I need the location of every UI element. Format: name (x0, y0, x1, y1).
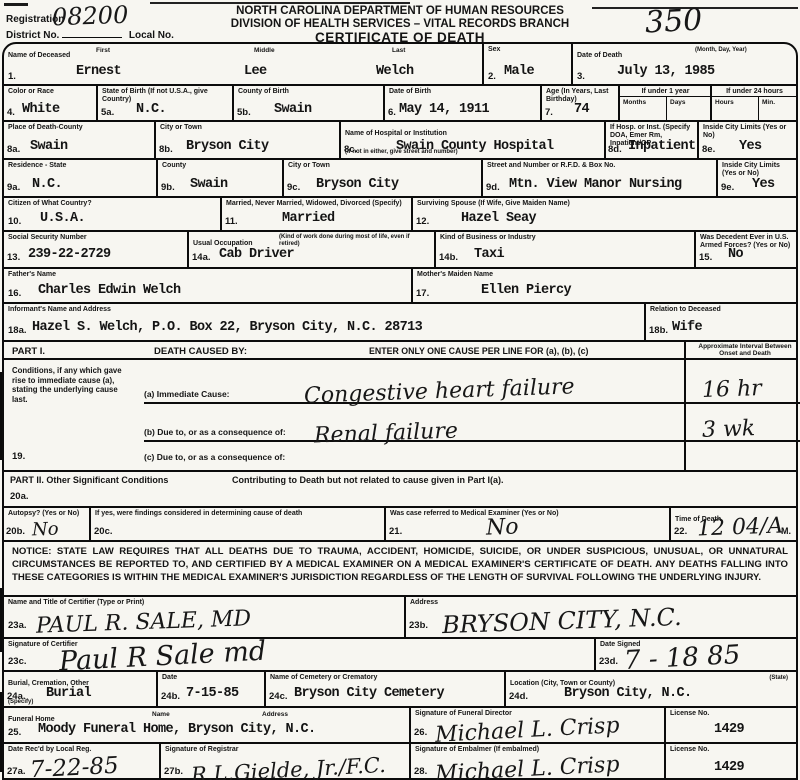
row-4: Residence - State 9a. N.C. County 9b. Sw… (4, 160, 796, 198)
cause-b-interval: 3 wk (702, 419, 756, 441)
item-number-23c: 23c. (8, 656, 27, 667)
cause-a-line: (a) Immediate Cause: Congestive heart fa… (144, 342, 800, 404)
value-business: Taxi (474, 248, 504, 262)
value-embalmer-signature: Michael L. Crisp (435, 755, 620, 780)
field-residence-street: Street and Number or R.F.D. & Box No. 9d… (481, 160, 716, 196)
field-medical-examiner-referred: Was case referred to Medical Examiner (Y… (384, 508, 669, 540)
row-2: Color or Race 4. White State of Birth (I… (4, 86, 796, 122)
item-number-18b: 18b. (649, 325, 668, 336)
value-sex: Male (504, 65, 534, 79)
label-date-received: Date Rec'd by Local Reg. (4, 744, 159, 754)
value-mother-name: Ellen Piercy (481, 284, 571, 298)
item-number-11: 11. (225, 216, 238, 227)
item-number-9c: 9c. (287, 182, 300, 193)
item-number-27b: 27b. (164, 766, 183, 777)
label-father-name: Father's Name (4, 269, 411, 279)
value-director-license: 1429 (714, 723, 744, 737)
item-number-18a: 18a. (8, 325, 27, 336)
item-number-13: 13. (7, 252, 20, 263)
value-residence-state: N.C. (32, 178, 62, 192)
item-number-27a: 27a. (7, 766, 26, 777)
row-certifier: Name and Title of Certifier (Type or Pri… (4, 597, 796, 639)
value-residence-county: Swain (190, 178, 228, 192)
value-relation: Wife (672, 321, 702, 335)
field-father-name: Father's Name 16. Charles Edwin Welch (4, 269, 411, 302)
item-number-20c: 20c. (94, 526, 113, 537)
item-number-22: 22. (674, 526, 687, 537)
item-number-24b: 24b. (161, 691, 180, 702)
value-certifier-name: PAUL R. SALE, MD (36, 609, 252, 636)
value-father-name: Charles Edwin Welch (38, 284, 181, 298)
label-medical-examiner-referred: Was case referred to Medical Examiner (Y… (386, 508, 669, 518)
item-number-8e: 8e. (702, 144, 715, 155)
label-cemetery: Name of Cemetery or Crematory (266, 672, 504, 682)
item-number-5a: 5a. (101, 107, 114, 118)
value-embalmer-license: 1429 (714, 761, 744, 775)
label-registrar-signature: Signature of Registrar (161, 744, 409, 754)
item-number-28: 28. (414, 766, 427, 777)
item-number-20a: 20a. (10, 491, 29, 502)
sublabel-hours: Hours (715, 99, 734, 106)
field-disposition-date: Date 24b. 7-15-85 (156, 672, 264, 706)
value-state-of-birth: N.C. (136, 103, 166, 117)
label-armed-forces: Was Decedent Ever in U.S. Armed Forces? … (696, 232, 796, 250)
field-color-or-race: Color or Race 4. White (4, 86, 96, 120)
row-funeral-home: Funeral Home Name Address 25. Moody Fune… (4, 708, 796, 744)
certificate-form: Name of Deceased First Middle Last 1. Er… (2, 42, 798, 780)
label-inside-city-limits-9e: Inside City Limits (Yes or No) (718, 160, 796, 178)
value-date-of-death: July 13, 1985 (617, 65, 715, 79)
field-place-of-death-county: Place of Death-County 8a. Swain (4, 122, 154, 158)
item-number-2: 2. (488, 71, 496, 82)
field-findings-considered: If yes, were findings considered in dete… (89, 508, 384, 540)
cause-b-value: Renal failure (314, 422, 459, 447)
field-date-signed: Date Signed 23d. 7 - 18 85 (594, 639, 796, 670)
value-last-name: Welch (376, 65, 414, 79)
item-number-26: 26. (414, 727, 427, 738)
part1-section: PART I. DEATH CAUSED BY: ENTER ONLY ONE … (4, 342, 796, 472)
item-number-23b: 23b. (409, 620, 428, 631)
label-if-under-24-hours: If under 24 hours (712, 86, 796, 96)
field-surviving-spouse: Surviving Spouse (If Wife, Give Maiden N… (411, 198, 796, 230)
row-6: Social Security Number 13. 239-22-2729 U… (4, 232, 796, 269)
label-inside-city-limits-8e: Inside City Limits (Yes or No) (699, 122, 796, 140)
label-embalmer-license: License No. (666, 744, 796, 754)
cause-a-label: (a) Immediate Cause: (144, 389, 230, 399)
label-mother-name: Mother's Maiden Name (413, 269, 796, 279)
label-residence-street: Street and Number or R.F.D. & Box No. (483, 160, 716, 170)
label-place-of-death-county: Place of Death-County (4, 122, 154, 132)
value-date-of-birth: May 14, 1911 (399, 103, 489, 117)
item-number-14b: 14b. (439, 252, 458, 263)
sublabel-first: First (96, 47, 110, 54)
row-certifier-signature: Signature of Certifier 23c. Paul R Sale … (4, 639, 796, 672)
field-registrar-signature: Signature of Registrar 27b. R.L.Gielde, … (159, 744, 409, 780)
value-place-of-death-city: Bryson City (186, 140, 269, 154)
sublabel-months: Months (623, 99, 646, 106)
value-certifier-address: BRYSON CITY, N.C. (442, 607, 682, 637)
field-hospital: Name of Hospital or Institution (If not … (339, 122, 604, 158)
value-residence-street: Mtn. View Manor Nursing (509, 178, 682, 192)
field-residence-state: Residence - State 9a. N.C. (4, 160, 156, 196)
value-certifier-signature: Paul R Sale md (59, 639, 267, 674)
sublabel-last: Last (392, 47, 405, 54)
label-name-of-deceased: Name of Deceased (4, 50, 73, 60)
value-cemetery: Bryson City Cemetery (294, 687, 444, 701)
item-number-14a: 14a. (192, 252, 211, 263)
item-number-7: 7. (545, 107, 553, 118)
row-1: Name of Deceased First Middle Last 1. Er… (4, 44, 796, 86)
district-no-label: District No. (6, 30, 59, 41)
item-number-15: 15. (699, 252, 712, 263)
item-number-24a: 24a. (7, 691, 26, 702)
sublabel-middle: Middle (254, 47, 275, 54)
value-hospital: Swain County Hospital (396, 140, 554, 154)
value-inside-city-limits-8e: Yes (739, 140, 762, 154)
conditions-note: Conditions, if any which gave rise to im… (12, 366, 134, 405)
value-hospital-status: Inpatient (628, 140, 696, 154)
cause-b-line: (b) Due to, or as a consequence of: Rena… (144, 402, 800, 442)
field-disposition-location: Location (City, Town or County) (State) … (504, 672, 796, 706)
field-mother-name: Mother's Maiden Name 17. Ellen Piercy (411, 269, 796, 302)
item-number-8c: 8c. (344, 144, 357, 155)
label-marital-status: Married, Never Married, Widowed, Divorce… (222, 198, 411, 208)
field-informant: Informant's Name and Address 18a. Hazel … (4, 304, 644, 340)
local-no-label: Local No. (129, 30, 174, 41)
value-informant: Hazel S. Welch, P.O. Box 22, Bryson City… (32, 321, 422, 335)
field-relation: Relation to Deceased 18b. Wife (644, 304, 796, 340)
item-number-23a: 23a. (8, 620, 27, 631)
value-inside-city-limits-9e: Yes (752, 178, 775, 192)
field-county-of-birth: County of Birth 5b. Swain (232, 86, 383, 120)
item-number-8b: 8b. (159, 144, 173, 155)
value-disposition-location: Bryson City, N.C. (564, 687, 692, 701)
row-3: Place of Death-County 8a. Swain City or … (4, 122, 796, 160)
label-sex: Sex (484, 44, 571, 54)
note-date-of-death: (Month, Day, Year) (695, 47, 747, 54)
item-number-4: 4. (7, 107, 15, 118)
field-citizen: Citizen of What Country? 10. U.S.A. (4, 198, 220, 230)
field-certifier-name: Name and Title of Certifier (Type or Pri… (4, 597, 404, 637)
row-7: Father's Name 16. Charles Edwin Welch Mo… (4, 269, 796, 304)
scan-artifact-mark (4, 3, 28, 6)
field-hospital-status: If Hosp. or Inst. (Specify DOA, Emer Rm,… (604, 122, 697, 158)
field-certifier-signature: Signature of Certifier 23c. Paul R Sale … (4, 639, 594, 670)
item-number-9d: 9d. (486, 182, 500, 193)
value-time-of-death: 12 04/A (697, 517, 784, 540)
label-county-of-birth: County of Birth (234, 86, 383, 96)
label-color-or-race: Color or Race (4, 86, 96, 96)
item-number-16: 16. (8, 288, 21, 299)
label-business: Kind of Business or Industry (436, 232, 694, 242)
field-date-received: Date Rec'd by Local Reg. 27a. 7-22-85 (4, 744, 159, 780)
item-number-24d: 24d. (509, 691, 528, 702)
field-certifier-address: Address 23b. BRYSON CITY, N.C. (404, 597, 796, 637)
item-number-23d: 23d. (599, 656, 618, 667)
part1-title: PART I. (12, 346, 45, 357)
value-funeral-home: Moody Funeral Home, Bryson City, N.C. (38, 723, 316, 737)
item-number-9a: 9a. (7, 182, 20, 193)
label-findings-considered: If yes, were findings considered in dete… (91, 508, 384, 518)
label-informant: Informant's Name and Address (4, 304, 644, 314)
field-date-of-birth: Date of Birth 6. May 14, 1911 (383, 86, 540, 120)
field-age: Age (In Years, Last Birthday) 7. 74 (540, 86, 618, 120)
field-residence-city: City or Town 9c. Bryson City (282, 160, 481, 196)
value-county-of-birth: Swain (274, 103, 312, 117)
item-number-5b: 5b. (237, 107, 251, 118)
field-inside-city-limits-9e: Inside City Limits (Yes or No) 9e. Yes (716, 160, 796, 196)
item-number-9b: 9b. (161, 182, 175, 193)
value-occupation: Cab Driver (219, 248, 294, 262)
note-occupation: (Kind of work done during most of life, … (279, 234, 429, 247)
item-number-17: 17. (416, 288, 429, 299)
label-date-of-birth: Date of Birth (385, 86, 540, 96)
value-age: 74 (574, 103, 589, 117)
label-certifier-name: Name and Title of Certifier (Type or Pri… (4, 597, 404, 607)
label-residence-state: Residence - State (4, 160, 156, 170)
value-marital-status: Married (282, 212, 335, 226)
value-place-of-death-county: Swain (30, 140, 68, 154)
cause-c-label: (c) Due to, or as a consequence of: (144, 452, 285, 462)
field-cemetery: Name of Cemetery or Crematory 24c. Bryso… (264, 672, 504, 706)
label-date-of-death: Date of Death (573, 50, 625, 60)
item-number-9e: 9e. (721, 182, 734, 193)
label-residence-city: City or Town (284, 160, 481, 170)
field-marital-status: Married, Never Married, Widowed, Divorce… (220, 198, 411, 230)
label-hospital: Name of Hospital or Institution (341, 128, 450, 138)
value-middle-name: Lee (244, 65, 267, 79)
row-disposition: Burial, Cremation, Other (Specify) 24a. … (4, 672, 796, 708)
label-place-of-death-city: City or Town (156, 122, 339, 132)
item-number-19: 19. (12, 451, 25, 462)
field-business: Kind of Business or Industry 14b. Taxi (434, 232, 694, 267)
value-ssn: 239-22-2729 (28, 248, 111, 262)
field-embalmer-license: License No. 1429 (664, 744, 796, 780)
value-surviving-spouse: Hazel Seay (461, 212, 536, 226)
row-8: Informant's Name and Address 18a. Hazel … (4, 304, 796, 342)
label-ssn: Social Security Number (4, 232, 187, 242)
row-registrar: Date Rec'd by Local Reg. 27a. 7-22-85 Si… (4, 744, 796, 780)
value-citizen: U.S.A. (40, 212, 85, 226)
field-time-of-death: Time of Death 22. 12 04/A M. (669, 508, 796, 540)
value-disposition-date: 7-15-85 (186, 687, 239, 701)
value-medical-examiner-referred: No (486, 518, 519, 539)
field-sex: Sex 2. Male (482, 44, 571, 84)
part2-rest: Contributing to Death but not related to… (232, 475, 504, 485)
label-citizen: Citizen of What Country? (4, 198, 220, 208)
row-autopsy: Autopsy? (Yes or No) 20b. No If yes, wer… (4, 508, 796, 542)
value-residence-city: Bryson City (316, 178, 399, 192)
label-disposition-date: Date (158, 672, 264, 682)
field-inside-city-limits-8e: Inside City Limits (Yes or No) 8e. Yes (697, 122, 796, 158)
sublabel-funeral-address: Address (262, 711, 288, 718)
field-funeral-director-signature: Signature of Funeral Director 26. Michae… (409, 708, 664, 742)
value-registrar-signature: R.L.Gielde, Jr./F.C. (191, 756, 387, 780)
item-number-12: 12. (416, 216, 429, 227)
field-if-under-1-year: If under 1 year Months Days (618, 86, 710, 120)
label-director-license: License No. (666, 708, 796, 718)
note-disposition-state: (State) (769, 675, 788, 682)
field-autopsy: Autopsy? (Yes or No) 20b. No (4, 508, 89, 540)
item-number-1: 1. (8, 71, 16, 82)
field-disposition-method: Burial, Cremation, Other (Specify) 24a. … (4, 672, 156, 706)
label-autopsy: Autopsy? (Yes or No) (4, 508, 89, 518)
label-surviving-spouse: Surviving Spouse (If Wife, Give Maiden N… (413, 198, 796, 208)
value-armed-forces: No (728, 248, 743, 262)
value-funeral-director-signature: Michael L. Crisp (435, 716, 620, 745)
item-number-3: 3. (577, 71, 585, 82)
value-first-name: Ernest (76, 65, 121, 79)
label-if-under-1-year: If under 1 year (620, 86, 710, 96)
field-ssn: Social Security Number 13. 239-22-2729 (4, 232, 187, 267)
item-number-20b: 20b. (6, 526, 25, 537)
death-certificate-scan: Registration District No. Local No. 0820… (0, 0, 800, 780)
item-number-10: 10. (8, 216, 21, 227)
item-number-24c: 24c. (269, 691, 288, 702)
field-funeral-home: Funeral Home Name Address 25. Moody Fune… (4, 708, 409, 742)
value-disposition-method: Burial (46, 687, 91, 701)
field-if-under-24-hours: If under 24 hours Hours Min. (710, 86, 796, 120)
field-occupation: Usual Occupation (Kind of work done duri… (187, 232, 434, 267)
item-number-25: 25. (8, 727, 21, 738)
field-state-of-birth: State of Birth (If not U.S.A., give Coun… (96, 86, 232, 120)
item-number-8d: 8d. (608, 144, 622, 155)
field-embalmer-signature: Signature of Embalmer (If embalmed) 28. … (409, 744, 664, 780)
row-5: Citizen of What Country? 10. U.S.A. Marr… (4, 198, 796, 232)
medical-examiner-notice: NOTICE: STATE LAW REQUIRES THAT ALL DEAT… (4, 542, 796, 597)
field-name-of-deceased: Name of Deceased First Middle Last 1. Er… (4, 44, 482, 84)
sublabel-min: Min. (762, 99, 775, 106)
cause-b-label: (b) Due to, or as a consequence of: (144, 427, 286, 437)
label-relation: Relation to Deceased (646, 304, 796, 314)
value-date-received: 7-22-85 (30, 756, 120, 780)
item-number-21: 21. (389, 526, 402, 537)
value-race: White (22, 103, 60, 117)
field-date-of-death: Date of Death (Month, Day, Year) 3. July… (571, 44, 796, 84)
time-of-death-meridiem: M. (781, 526, 791, 536)
item-number-8a: 8a. (7, 144, 20, 155)
value-date-signed: 7 - 18 85 (623, 644, 740, 673)
cause-a-interval: 16 hr (702, 379, 762, 401)
sublabel-funeral-name: Name (152, 711, 170, 718)
sublabel-days: Days (670, 99, 686, 106)
part2-title: PART II. Other Significant Conditions (10, 475, 168, 485)
field-director-license: License No. 1429 (664, 708, 796, 742)
value-autopsy: No (32, 521, 59, 538)
part2-section: PART II. Other Significant Conditions Co… (4, 472, 796, 508)
field-armed-forces: Was Decedent Ever in U.S. Armed Forces? … (694, 232, 796, 267)
label-embalmer-signature: Signature of Embalmer (If embalmed) (411, 744, 664, 754)
item-number-6: 6. (388, 107, 396, 118)
field-place-of-death-city: City or Town 8b. Bryson City (154, 122, 339, 158)
file-number: 350 (644, 7, 703, 37)
label-residence-county: County (158, 160, 282, 170)
field-residence-county: County 9b. Swain (156, 160, 282, 196)
district-no-value: 08200 (52, 5, 129, 29)
